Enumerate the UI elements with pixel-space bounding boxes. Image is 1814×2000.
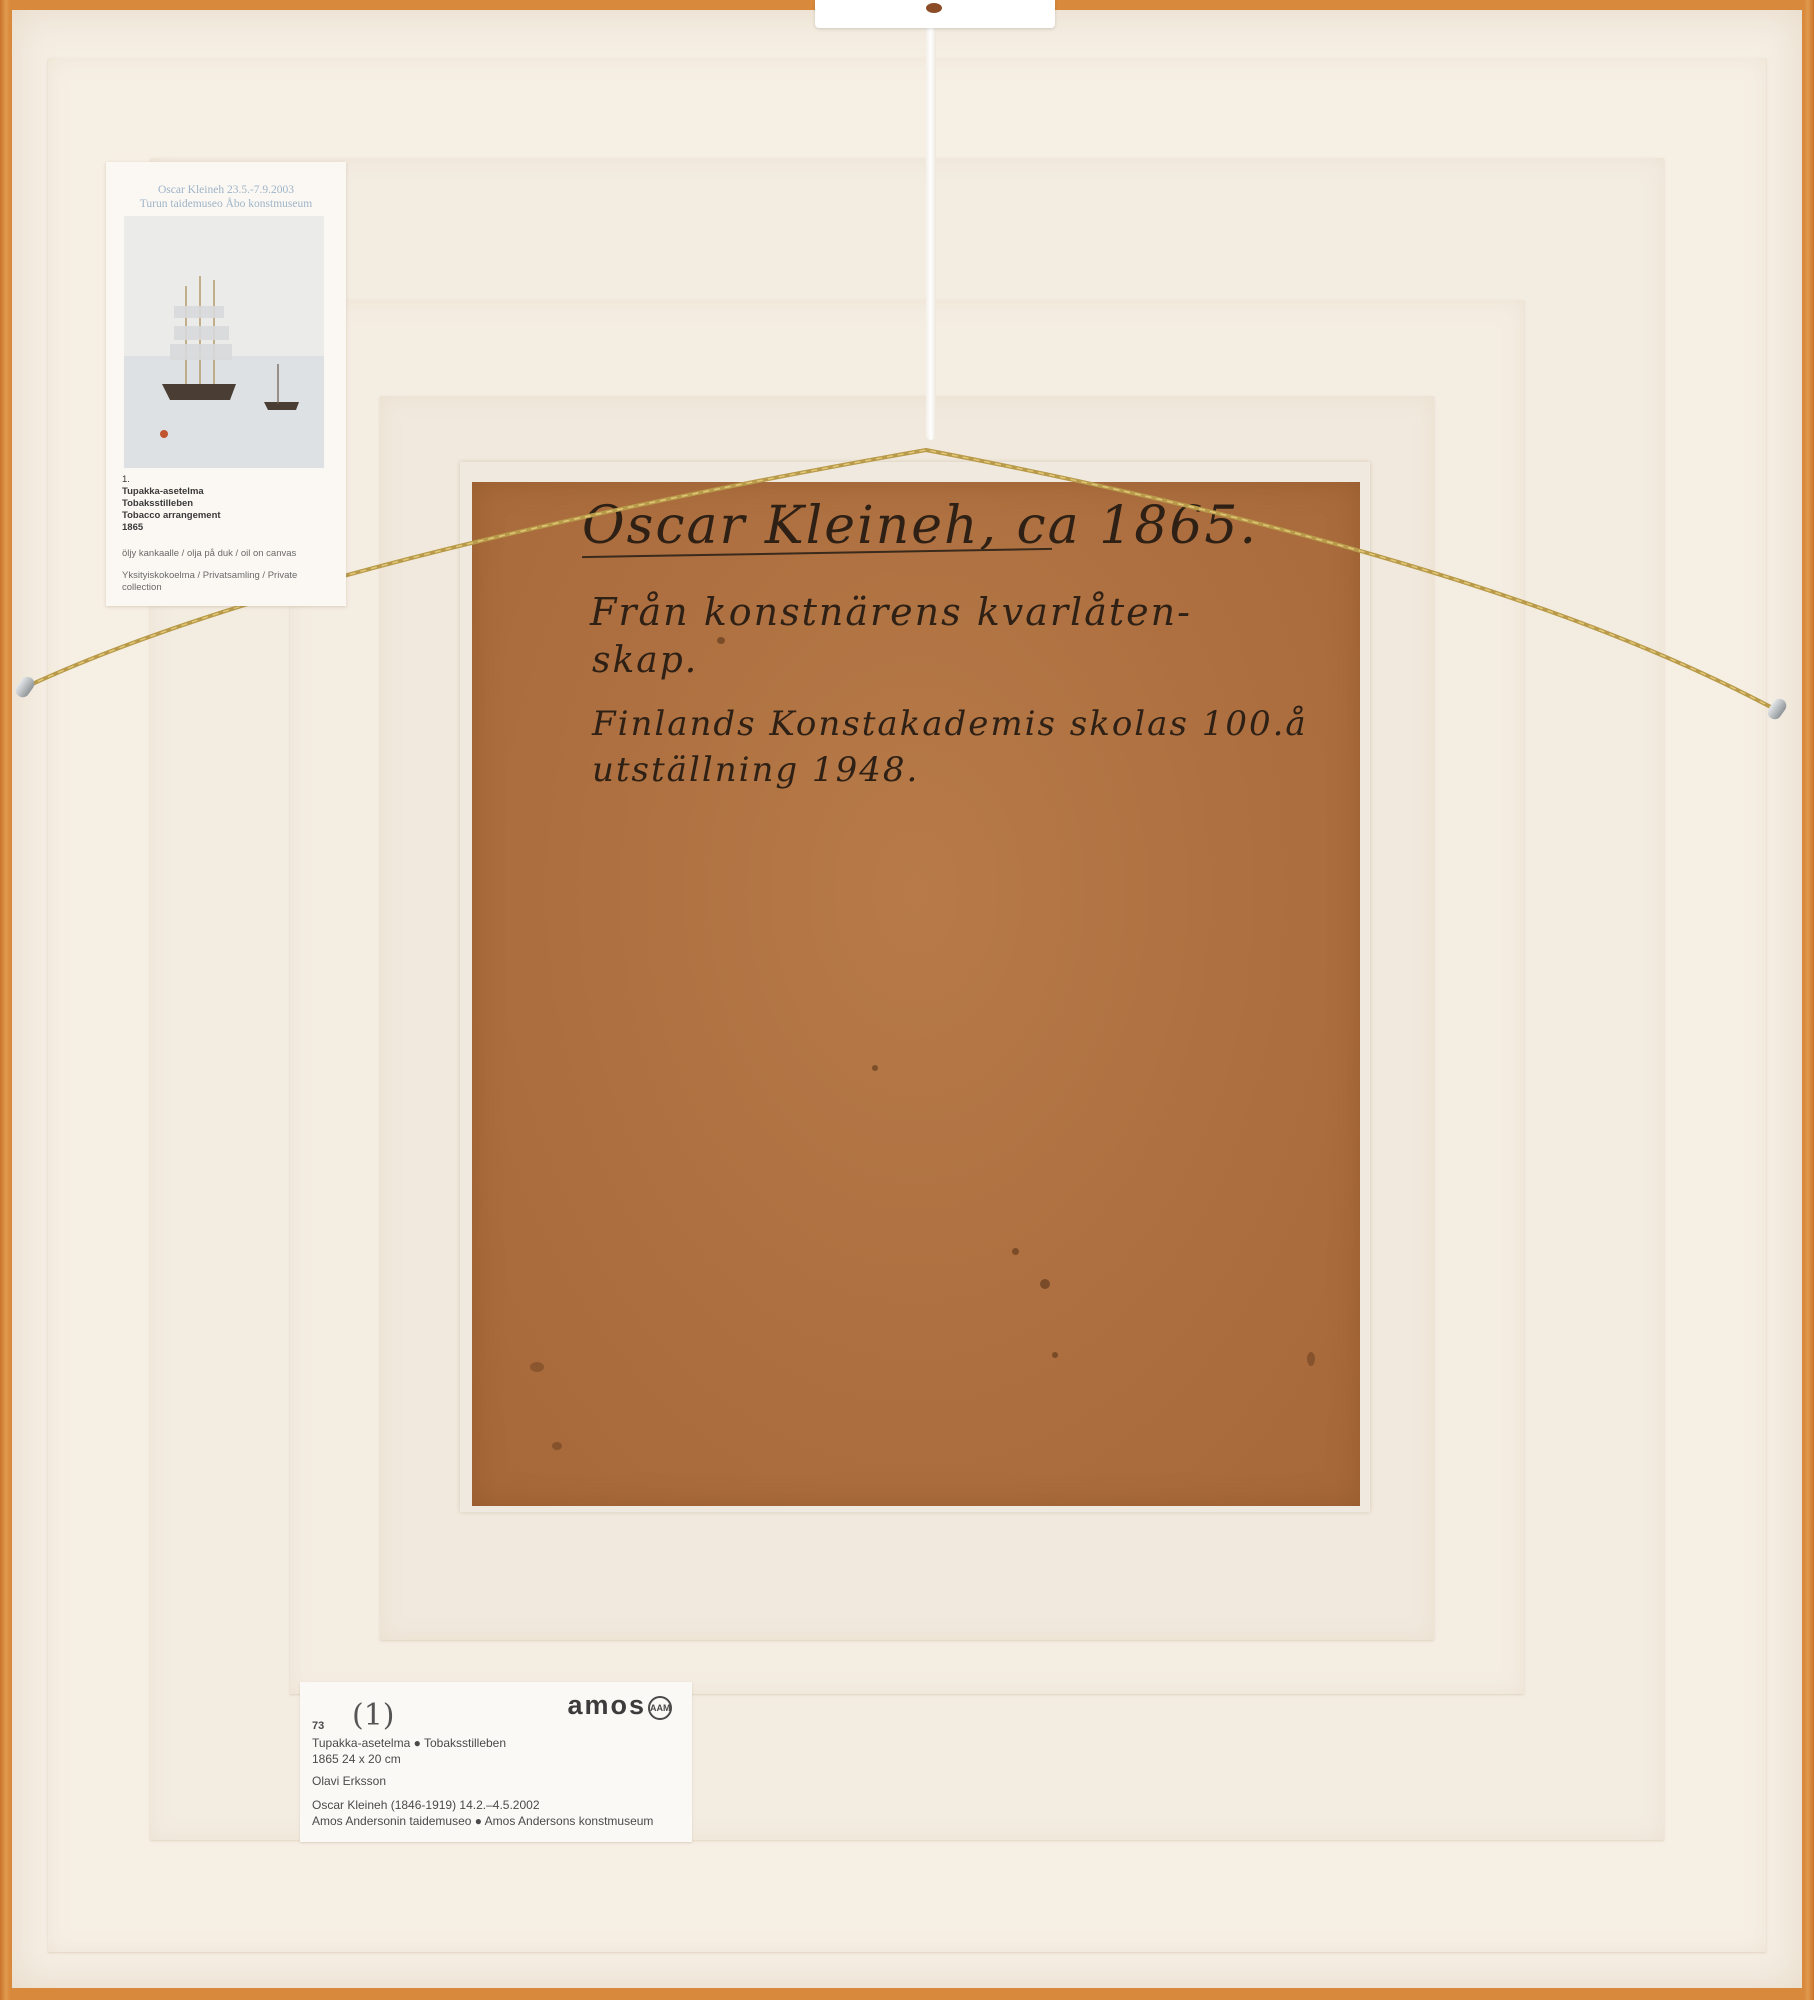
exhibition-title: Oscar Kleineh 23.5.-7.9.2003	[106, 184, 346, 196]
year: 1865	[122, 522, 143, 534]
stain	[530, 1362, 544, 1372]
amos-title: Tupakka-asetelma ● Tobaksstilleben	[312, 1736, 506, 1750]
amos-logo-mark-icon: AAM	[648, 1696, 672, 1720]
inscription-line-2: Från konstnärens kvarlåten-	[590, 590, 1192, 634]
amos-year-size: 1865 24 x 20 cm	[312, 1752, 401, 1766]
catalogue-number: 1.	[122, 474, 130, 486]
exhibition-label: Oscar Kleineh 23.5.-7.9.2003 Turun taide…	[106, 162, 346, 606]
hanging-cord	[926, 20, 936, 440]
amos-owner: Olavi Erksson	[312, 1774, 386, 1788]
medium: öljy kankaalle / olja på duk / oil on ca…	[122, 548, 296, 560]
collection-line-2: collection	[122, 582, 162, 594]
stain	[552, 1442, 562, 1450]
ship-painting-image	[124, 216, 324, 468]
collection-line-1: Yksityiskokoelma / Privatsamling / Priva…	[122, 570, 297, 582]
exhibition-venue: Turun taidemuseo Åbo konstmuseum	[106, 198, 346, 210]
hanging-tag	[815, 0, 1055, 28]
handwritten-inscription: Oscar Kleineh, ca 1865. Från konstnärens…	[472, 482, 1360, 782]
amos-museum-label: amos AAM 73 (1) Tupakka-asetelma ● Tobak…	[300, 1682, 692, 1842]
tag-hole	[926, 3, 942, 13]
stain	[717, 637, 725, 644]
title-en: Tobacco arrangement	[122, 510, 221, 522]
brown-cardboard-back: Oscar Kleineh, ca 1865. Från konstnärens…	[472, 482, 1360, 1506]
stain	[1052, 1352, 1058, 1358]
amos-exhibition: Oscar Kleineh (1846-1919) 14.2.–4.5.2002	[312, 1798, 540, 1812]
title-fi: Tupakka-asetelma	[122, 486, 204, 498]
stain	[1012, 1248, 1019, 1255]
stain	[1307, 1352, 1315, 1366]
handwritten-number: (1)	[352, 1698, 395, 1733]
stain	[1040, 1279, 1050, 1289]
lot-number: 73	[312, 1720, 324, 1732]
inscription-line-3: skap.	[592, 640, 698, 681]
inscription-line-4: Finlands Konstakademis skolas 100.å	[592, 704, 1308, 744]
amos-museum: Amos Andersonin taidemuseo ● Amos Anders…	[312, 1814, 653, 1828]
inscription-line-1: Oscar Kleineh, ca 1865.	[582, 496, 1258, 556]
stain	[872, 1065, 878, 1071]
title-sv: Tobaksstilleben	[122, 498, 193, 510]
amos-logo: amos	[567, 1690, 646, 1721]
inscription-line-5: utställning 1948.	[592, 750, 919, 790]
